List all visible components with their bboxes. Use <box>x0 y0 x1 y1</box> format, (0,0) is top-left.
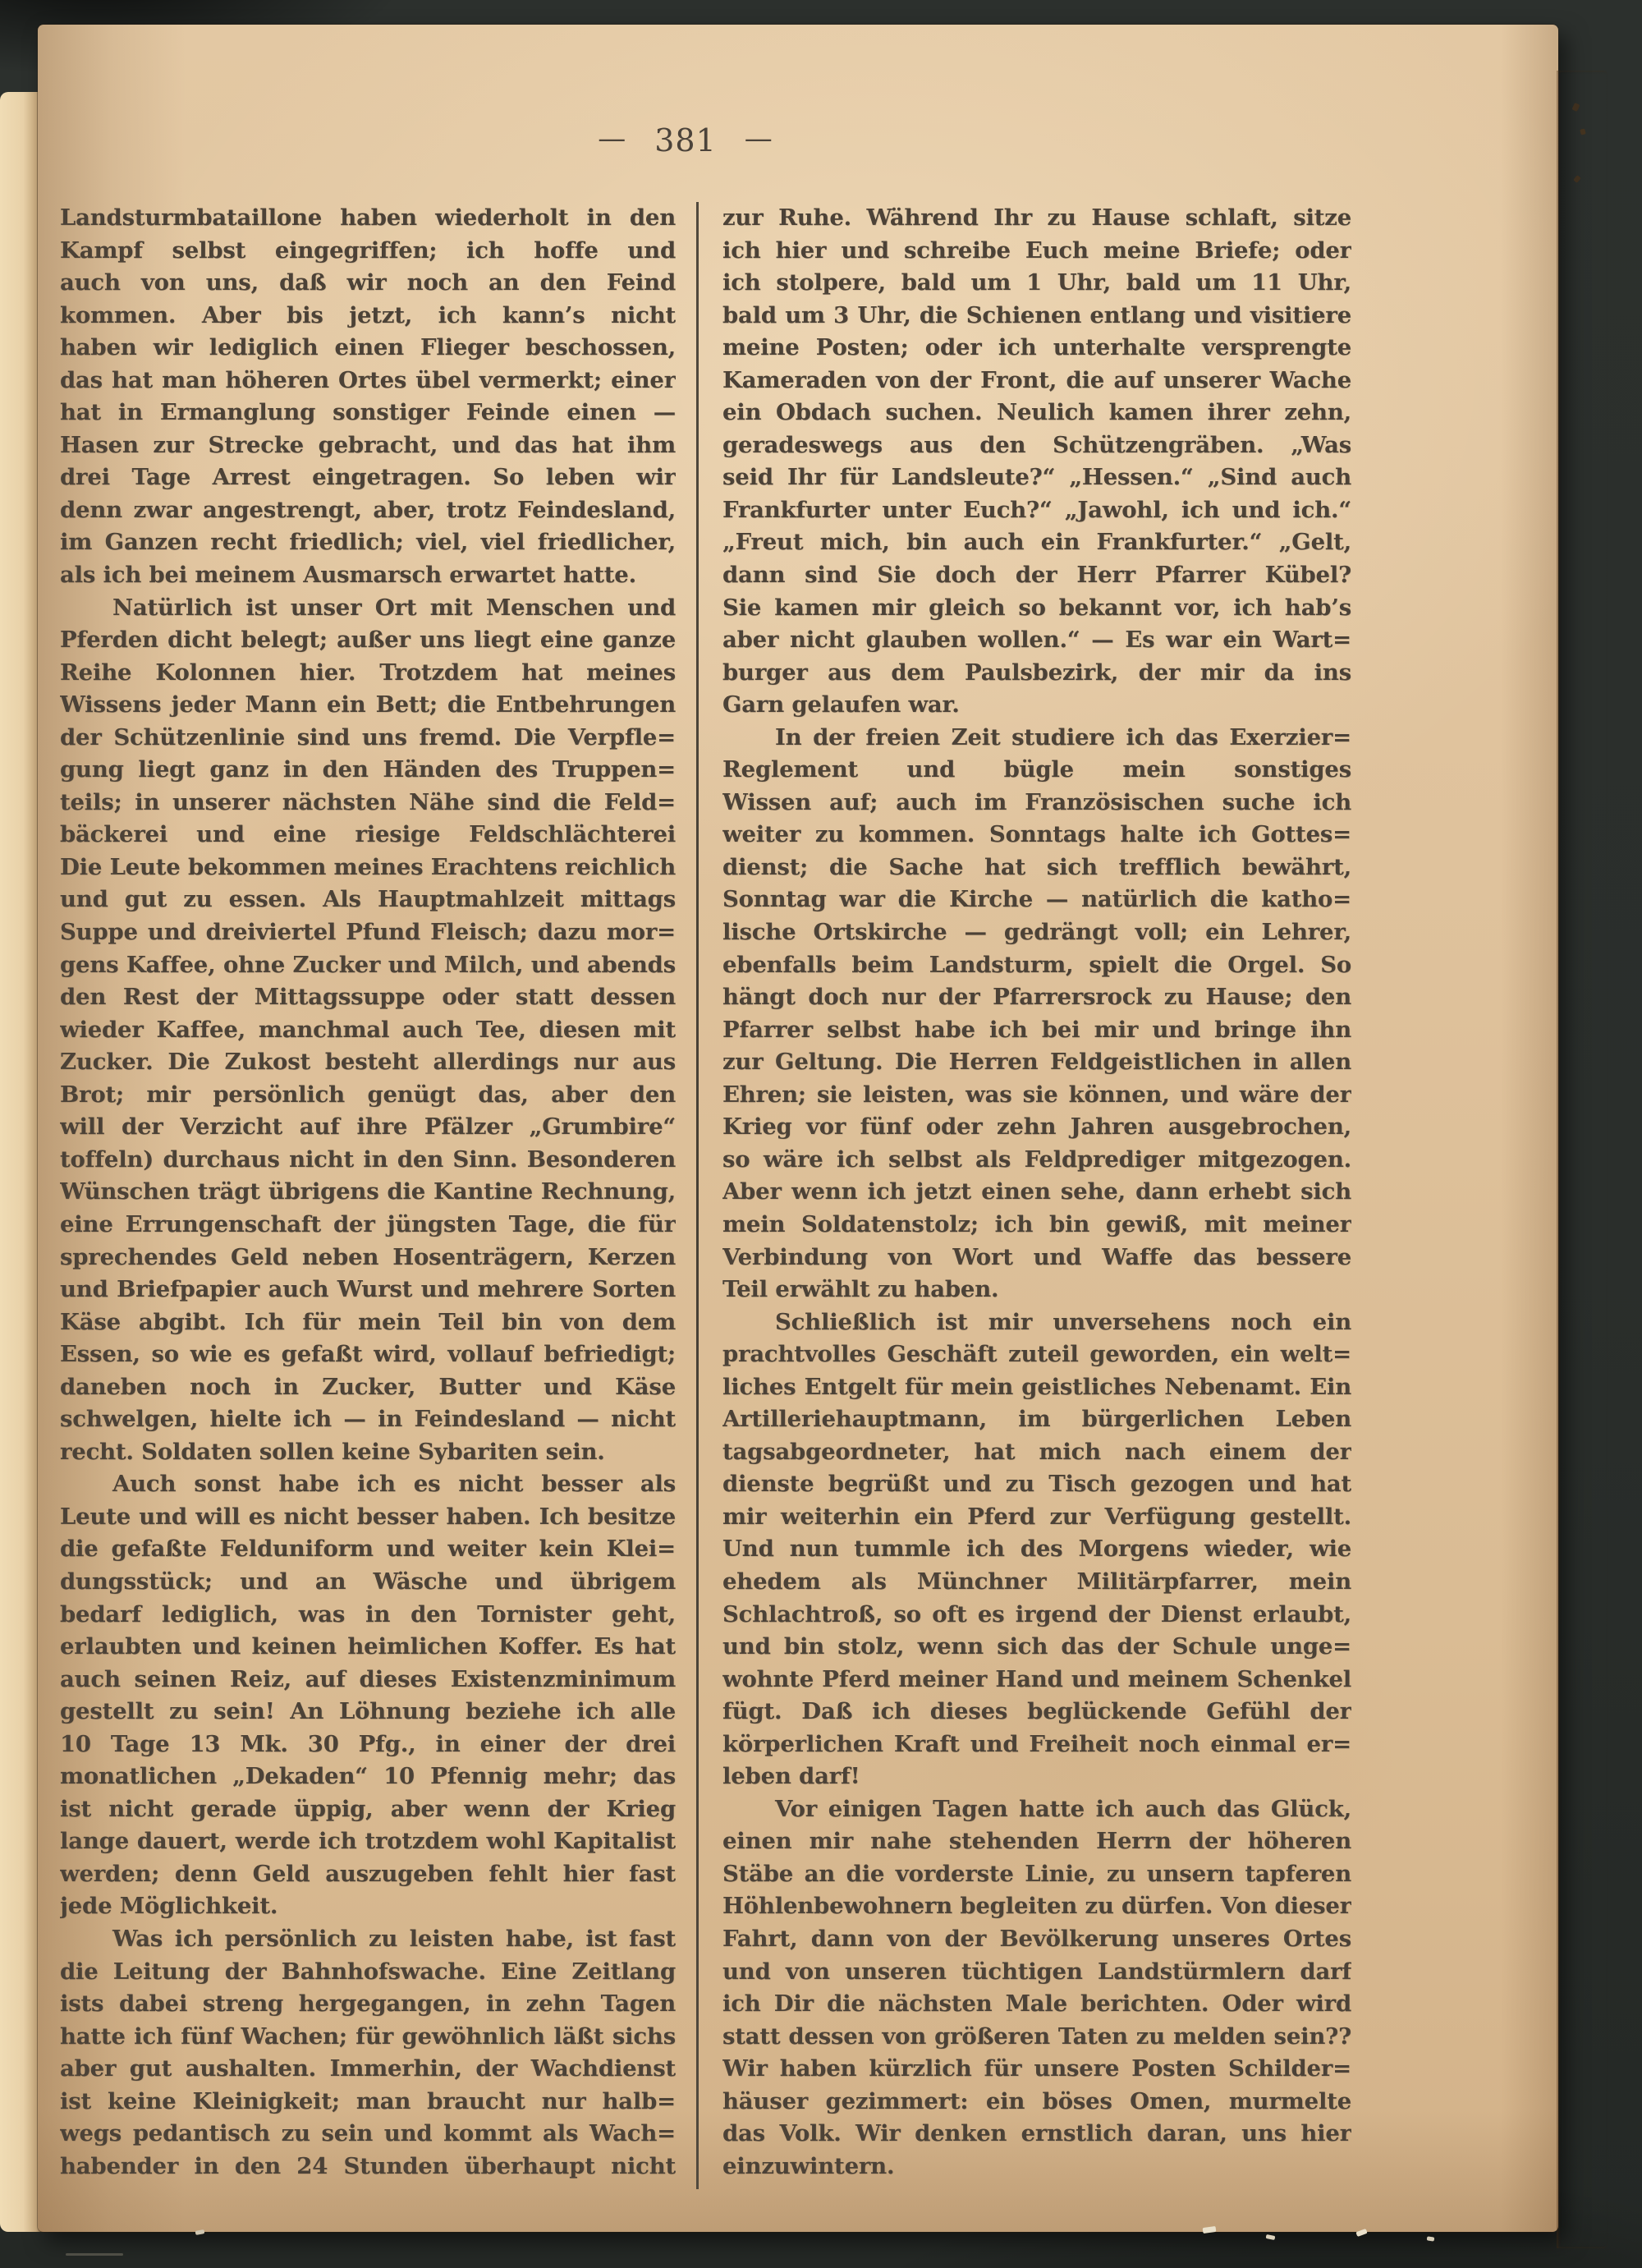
paragraph: Auch sonst habe ich es nicht besser als … <box>60 1468 676 1923</box>
text-line: Wünschen trägt übrigens die Kantine Rech… <box>60 1176 676 1209</box>
text-line: hängt doch nur der Pfarrersrock zu Hause… <box>722 981 1351 1014</box>
text-line: Sie kamen mir gleich so bekannt vor, ich… <box>722 592 1351 625</box>
paragraph: Landsturmbataillone haben wiederholt in … <box>60 202 676 592</box>
text-line: Essen, so wie es gefaßt wird, vollauf be… <box>60 1338 676 1371</box>
text-line: Ehren; sie leisten, was sie können, und … <box>722 1079 1351 1112</box>
edge-fiber <box>1266 2234 1276 2240</box>
text-line: Teil erwählt zu haben. <box>722 1274 1351 1306</box>
text-line: recht. Soldaten sollen keine Sybariten s… <box>60 1436 676 1469</box>
text-line: auch seinen Reiz, auf dieses Existenzmin… <box>60 1664 676 1696</box>
text-line: mir weiterhin ein Pferd zur Verfügung ge… <box>722 1501 1351 1534</box>
text-line: wegs pedantisch zu sein und kommt als Wa… <box>60 2118 676 2151</box>
text-line: teils; in unserer nächsten Nähe sind die… <box>60 787 676 820</box>
text-line: den Rest der Mittagssuppe oder statt des… <box>60 981 676 1014</box>
text-line: Pfarrer selbst habe ich bei mir und brin… <box>722 1014 1351 1047</box>
text-line: toffeln) durchaus nicht in den Sinn. Bes… <box>60 1144 676 1177</box>
text-line: Hasen zur Strecke gebracht, und das hat … <box>60 429 676 462</box>
text-line: ists dabei streng hergegangen, in zehn T… <box>60 1988 676 2021</box>
paragraph: zur Ruhe. Während Ihr zu Hause schlaft, … <box>722 202 1351 722</box>
right-page-edges <box>1557 71 1608 2248</box>
text-line: ich Dir die nächsten Male berichten. Ode… <box>722 1988 1351 2021</box>
text-line: Suppe und dreiviertel Pfund Fleisch; daz… <box>60 916 676 949</box>
text-line: Und nun tummle ich des Morgens wieder, w… <box>722 1533 1351 1566</box>
text-line: die gefaßte Felduniform und weiter kein … <box>60 1533 676 1566</box>
text-line: gung liegt ganz in den Händen des Truppe… <box>60 754 676 787</box>
text-line: leben darf! <box>722 1761 1351 1793</box>
text-line: ehedem als Münchner Militärpfarrer, mein <box>722 1566 1351 1599</box>
text-line: einzuwintern. <box>722 2151 1351 2183</box>
text-line: 10 Tage 13 Mk. 30 Pfg., in einer der dre… <box>60 1729 676 1761</box>
text-line: Kampf selbst eingegriffen; ich hoffe und… <box>60 235 676 268</box>
header-dash-left: — <box>598 122 626 155</box>
text-line: auch von uns, daß wir noch an den Feind <box>60 267 676 300</box>
text-line: ist keine Kleinigkeit; man braucht nur h… <box>60 2086 676 2119</box>
text-line: das hat man höheren Ortes übel vermerkt;… <box>60 365 676 397</box>
text-line: will der Verzicht auf ihre Pfälzer „Grum… <box>60 1111 676 1144</box>
text-line: Die Leute bekommen meines Erachtens reic… <box>60 852 676 884</box>
text-line: wohnte Pferd meiner Hand und meinem Sche… <box>722 1664 1351 1696</box>
text-line: häuser gezimmert: ein böses Omen, murmel… <box>722 2086 1351 2119</box>
edge-fiber <box>195 2229 205 2235</box>
text-line: daneben noch in Zucker, Butter und Käse <box>60 1371 676 1404</box>
column-divider <box>696 202 699 2189</box>
text-line: das Volk. Wir denken ernstlich daran, un… <box>722 2118 1351 2151</box>
text-line: gens Kaffee, ohne Zucker und Milch, und … <box>60 949 676 982</box>
text-line: der Schützenlinie sind uns fremd. Die Ve… <box>60 722 676 755</box>
text-line: Fahrt, dann von der Bevölkerung unseres … <box>722 1923 1351 1956</box>
text-line: tagsabgeordneter, hat mich nach einem de… <box>722 1436 1351 1469</box>
text-line: Garn gelaufen war. <box>722 689 1351 722</box>
text-line: meine Posten; oder ich unterhalte verspr… <box>722 332 1351 365</box>
text-line: und gut zu essen. Als Hauptmahlzeit mitt… <box>60 884 676 916</box>
paragraph: Natürlich ist unser Ort mit Menschen und… <box>60 592 676 1469</box>
text-line: Wissens jeder Mann ein Bett; die Entbehr… <box>60 689 676 722</box>
text-line: „Freut mich, bin auch ein Frankfurter.“ … <box>722 526 1351 559</box>
text-line: ist nicht gerade üppig, aber wenn der Kr… <box>60 1793 676 1826</box>
text-line: denn zwar angestrengt, aber, trotz Feind… <box>60 494 676 527</box>
text-line: hatte ich fünf Wachen; für gewöhnlich lä… <box>60 2021 676 2054</box>
paragraph: Was ich persönlich zu leisten habe, ist … <box>60 1923 676 2183</box>
text-line: Leute und will es nicht besser haben. Ic… <box>60 1501 676 1534</box>
paragraph: In der freien Zeit studiere ich das Exer… <box>722 722 1351 1306</box>
text-line: und bin stolz, wenn sich das der Schule … <box>722 1631 1351 1664</box>
text-line: sprechendes Geld neben Hosenträgern, Ker… <box>60 1242 676 1274</box>
text-line: werden; denn Geld auszugeben fehlt hier … <box>60 1858 676 1891</box>
text-line: lische Ortskirche — gedrängt voll; ein L… <box>722 916 1351 949</box>
text-line: Was ich persönlich zu leisten habe, ist … <box>60 1923 676 1956</box>
text-line: Pferden dicht belegt; außer uns liegt ei… <box>60 624 676 657</box>
text-line: Verbindung von Wort und Waffe das besser… <box>722 1242 1351 1274</box>
text-line: monatlichen „Dekaden“ 10 Pfennig mehr; d… <box>60 1761 676 1793</box>
text-line: schwelgen, hielte ich — in Feindesland —… <box>60 1403 676 1436</box>
text-line: drei Tage Arrest eingetragen. So leben w… <box>60 461 676 494</box>
text-line: Reihe Kolonnen hier. Trotzdem hat meines <box>60 657 676 690</box>
text-line: dienst; die Sache hat sich trefflich bew… <box>722 852 1351 884</box>
text-line: so wäre ich selbst als Feldprediger mitg… <box>722 1144 1351 1177</box>
text-line: wieder Kaffee, manchmal auch Tee, diesen… <box>60 1014 676 1047</box>
text-line: bald um 3 Uhr, die Schienen entlang und … <box>722 300 1351 333</box>
text-line: haben wir lediglich einen Flieger bescho… <box>60 332 676 365</box>
text-line: zur Ruhe. Während Ihr zu Hause schlaft, … <box>722 202 1351 235</box>
text-line: einen mir nahe stehenden Herrn der höher… <box>722 1825 1351 1858</box>
edge-fiber <box>66 2253 123 2256</box>
text-line: Käse abgibt. Ich für mein Teil bin von d… <box>60 1306 676 1339</box>
text-line: als ich bei meinem Ausmarsch erwartet ha… <box>60 559 676 592</box>
page-number: 381 <box>654 122 717 158</box>
text-line: mein Soldatenstolz; ich bin gewiß, mit m… <box>722 1209 1351 1242</box>
text-line: hat in Ermanglung sonstiger Feinde einen… <box>60 397 676 429</box>
text-line: die Leitung der Bahnhofswache. Eine Zeit… <box>60 1956 676 1989</box>
text-line: ebenfalls beim Landsturm, spielt die Org… <box>722 949 1351 982</box>
text-line: und von unseren tüchtigen Landstürmlern … <box>722 1956 1351 1989</box>
text-line: und Briefpapier auch Wurst und mehrere S… <box>60 1274 676 1306</box>
text-column-left: Landsturmbataillone haben wiederholt in … <box>60 202 676 2183</box>
edge-fiber <box>1427 2236 1435 2241</box>
text-line: ein Obdach suchen. Neulich kamen ihrer z… <box>722 397 1351 429</box>
text-line: seid Ihr für Landsleute?“ „Hessen.“ „Sin… <box>722 461 1351 494</box>
text-line: zur Geltung. Die Herren Feldgeistlichen … <box>722 1046 1351 1079</box>
text-line: Wir haben kürzlich für unsere Posten Sch… <box>722 2053 1351 2086</box>
text-line: Wissen auf; auch im Französischen suche … <box>722 787 1351 820</box>
text-column-right: zur Ruhe. Während Ihr zu Hause schlaft, … <box>722 202 1351 2183</box>
edge-fiber <box>1203 2226 1217 2234</box>
paragraph: Vor einigen Tagen hatte ich auch das Glü… <box>722 1793 1351 2183</box>
paragraph: Schließlich ist mir unversehens noch ein… <box>722 1306 1351 1793</box>
text-line: bäckerei und eine riesige Feldschlächter… <box>60 819 676 852</box>
text-line: Schließlich ist mir unversehens noch ein <box>722 1306 1351 1339</box>
text-line: ich hier und schreibe Euch meine Briefe;… <box>722 235 1351 268</box>
text-line: statt dessen von größeren Taten zu melde… <box>722 2021 1351 2054</box>
page-number-header: —381— <box>521 122 850 161</box>
page: —381— Landsturmbataillone haben wiederho… <box>38 25 1558 2232</box>
text-line: Höhlenbewohnern begleiten zu dürfen. Von… <box>722 1890 1351 1923</box>
text-line: im Ganzen recht friedlich; viel, viel fr… <box>60 526 676 559</box>
text-line: In der freien Zeit studiere ich das Exer… <box>722 722 1351 755</box>
text-line: Vor einigen Tagen hatte ich auch das Glü… <box>722 1793 1351 1826</box>
text-line: lange dauert, werde ich trotzdem wohl Ka… <box>60 1825 676 1858</box>
text-line: jede Möglichkeit. <box>60 1890 676 1923</box>
text-line: dungsstück; und an Wäsche und übrigem Le… <box>60 1566 676 1599</box>
text-line: Frankfurter unter Euch?“ „Jawohl, ich un… <box>722 494 1351 527</box>
text-line: gestellt zu sein! An Löhnung beziehe ich… <box>60 1696 676 1729</box>
text-line: habender in den 24 Stunden überhaupt nic… <box>60 2151 676 2183</box>
text-line: liches Entgelt für mein geistliches Nebe… <box>722 1371 1351 1404</box>
text-line: Artilleriehauptmann, im bürgerlichen Leb… <box>722 1403 1351 1436</box>
text-line: Auch sonst habe ich es nicht besser als … <box>60 1468 676 1501</box>
header-dash-right: — <box>745 122 773 155</box>
text-line: Natürlich ist unser Ort mit Menschen und <box>60 592 676 625</box>
text-line: aber gut aushalten. Immerhin, der Wachdi… <box>60 2053 676 2086</box>
text-line: kommen. Aber bis jetzt, ich kann’s nicht… <box>60 300 676 333</box>
text-line: bedarf lediglich, was in den Tornister g… <box>60 1599 676 1632</box>
text-line: Sonntag war die Kirche — natürlich die k… <box>722 884 1351 916</box>
text-line: Reglement und bügle mein sonstiges milit… <box>722 754 1351 787</box>
text-line: Kameraden von der Front, die auf unserer… <box>722 365 1351 397</box>
text-line: aber nicht glauben wollen.“ — Es war ein… <box>722 624 1351 657</box>
text-line: fügt. Daß ich dieses beglückende Gefühl … <box>722 1696 1351 1729</box>
text-line: Zucker. Die Zukost besteht allerdings nu… <box>60 1046 676 1079</box>
left-page-edge <box>0 92 43 2232</box>
text-line: Landsturmbataillone haben wiederholt in … <box>60 202 676 235</box>
text-line: Stäbe an die vorderste Linie, zu unsern … <box>722 1858 1351 1891</box>
book-photo: { "page": { "header": { "left_dash": "—"… <box>0 0 1642 2268</box>
text-line: Aber wenn ich jetzt einen sehe, dann erh… <box>722 1176 1351 1209</box>
text-line: dienste begrüßt und zu Tisch gezogen und… <box>722 1468 1351 1501</box>
text-line: körperlichen Kraft und Freiheit noch ein… <box>722 1729 1351 1761</box>
text-line: Schlachtroß, so oft es irgend der Dienst… <box>722 1599 1351 1632</box>
text-line: burger aus dem Paulsbezirk, der mir da i… <box>722 657 1351 690</box>
text-line: erlaubten und keinen heimlichen Koffer. … <box>60 1631 676 1664</box>
text-line: ich stolpere, bald um 1 Uhr, bald um 11 … <box>722 267 1351 300</box>
text-line: geradeswegs aus den Schützengräben. „Was <box>722 429 1351 462</box>
text-line: Brot; mir persönlich genügt das, aber de… <box>60 1079 676 1112</box>
text-line: weiter zu kommen. Sonntags halte ich Got… <box>722 819 1351 852</box>
text-line: Krieg vor fünf oder zehn Jahren ausgebro… <box>722 1111 1351 1144</box>
text-line: dann sind Sie doch der Herr Pfarrer Kübe… <box>722 559 1351 592</box>
text-line: prachtvolles Geschäft zuteil geworden, e… <box>722 1338 1351 1371</box>
text-line: eine Errungenschaft der jüngsten Tage, d… <box>60 1209 676 1242</box>
